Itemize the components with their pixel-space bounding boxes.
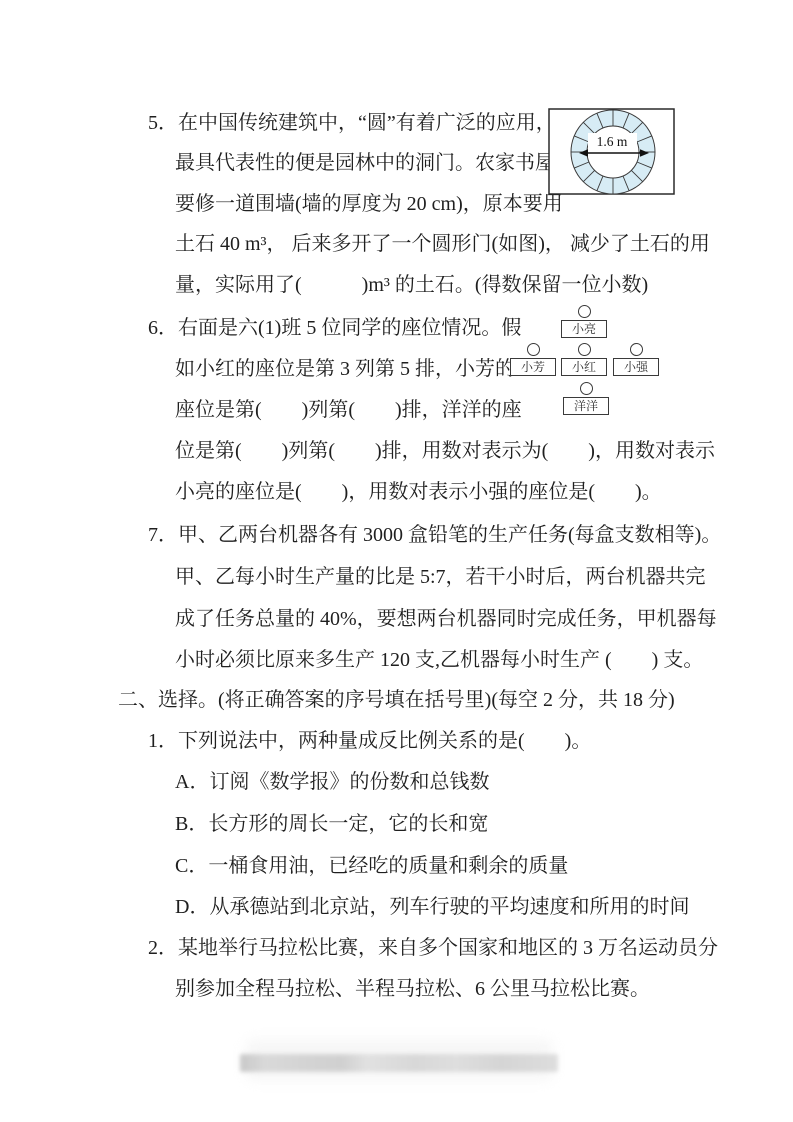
seat-yangyang: 洋洋 bbox=[563, 382, 609, 415]
seat-head-circle bbox=[630, 343, 643, 356]
circular-door-svg: 1.6 m bbox=[548, 108, 675, 195]
q5-line-3: 要修一道围墙(墙的厚度为 20 cm)，原本要用 bbox=[175, 192, 563, 216]
worksheet-page: 5．在中国传统建筑中，“圆”有着广泛的应用， 最具代表性的便是园林中的洞门。农家… bbox=[0, 0, 793, 1122]
seat-name-label: 小红 bbox=[561, 358, 607, 376]
section2-header: 二、选择。(将正确答案的序号填在括号里)(每空 2 分，共 18 分) bbox=[118, 688, 675, 712]
s2-q1-stem: 1．下列说法中，两种量成反比例关系的是( )。 bbox=[148, 729, 591, 753]
q5-line-4: 土石 40 m³， 后来多开了一个圆形门(如图)， 减少了土石的用 bbox=[175, 232, 710, 256]
seat-head-circle bbox=[578, 343, 591, 356]
seat-head-circle bbox=[580, 382, 593, 395]
seat-name-label: 小芳 bbox=[510, 358, 556, 376]
q5-line-1: 5．在中国传统建筑中，“圆”有着广泛的应用， bbox=[148, 111, 556, 135]
s2-q1-option-b: B．长方形的周长一定，它的长和宽 bbox=[175, 812, 488, 836]
seat-name-label: 小亮 bbox=[561, 320, 607, 338]
seat-head-circle bbox=[527, 343, 540, 356]
q7-line-4: 小时必须比原来多生产 120 支,乙机器每小时生产 ( ) 支。 bbox=[175, 648, 703, 672]
seat-head-circle bbox=[578, 305, 591, 318]
s2-q1-option-c: C．一桶食用油，已经吃的质量和剩余的质量 bbox=[175, 854, 568, 878]
q6-line-2: 如小红的座位是第 3 列第 5 排，小芳的 bbox=[175, 357, 515, 381]
q5-line-5: 量，实际用了( )m³ 的土石。(得数保留一位小数) bbox=[175, 273, 648, 297]
q6-line-5: 小亮的座位是( )，用数对表示小强的座位是( )。 bbox=[175, 480, 662, 504]
circular-door-figure: 1.6 m bbox=[548, 108, 675, 200]
seat-name-label: 洋洋 bbox=[563, 397, 609, 415]
s2-q2-line-1: 2．某地举行马拉松比赛，来自多个国家和地区的 3 万名运动员分 bbox=[148, 936, 718, 960]
s2-q1-option-d: D．从承德站到北京站，列车行驶的平均速度和所用的时间 bbox=[175, 895, 689, 919]
s2-q1-option-a: A．订阅《数学报》的份数和总钱数 bbox=[175, 770, 489, 794]
seat-xiaoqiang: 小强 bbox=[613, 343, 659, 376]
watermark bbox=[240, 1054, 558, 1072]
q6-line-3: 座位是第( )列第( )排，洋洋的座 bbox=[175, 398, 522, 422]
q7-line-2: 甲、乙每小时生产量的比是 5:7，若干小时后，两台机器共完 bbox=[175, 565, 706, 589]
q7-line-3: 成了任务总量的 40%，要想两台机器同时完成任务，甲机器每 bbox=[175, 607, 717, 631]
q5-line-2: 最具代表性的便是园林中的洞门。农家书屋 bbox=[175, 151, 555, 175]
seat-name-label: 小强 bbox=[613, 358, 659, 376]
seat-xiaoliang: 小亮 bbox=[561, 305, 607, 338]
seat-xiaofang: 小芳 bbox=[510, 343, 556, 376]
seat-xiaohong: 小红 bbox=[561, 343, 607, 376]
s2-q2-line-2: 别参加全程马拉松、半程马拉松、6 公里马拉松比赛。 bbox=[175, 977, 650, 1001]
q7-line-1: 7．甲、乙两台机器各有 3000 盒铅笔的生产任务(每盒支数相等)。 bbox=[148, 523, 721, 547]
q6-line-1: 6．右面是六(1)班 5 位同学的座位情况。假 bbox=[148, 316, 521, 340]
diameter-label: 1.6 m bbox=[597, 134, 628, 149]
q6-line-4: 位是第( )列第( )排，用数对表示为( )，用数对表示 bbox=[175, 439, 715, 463]
